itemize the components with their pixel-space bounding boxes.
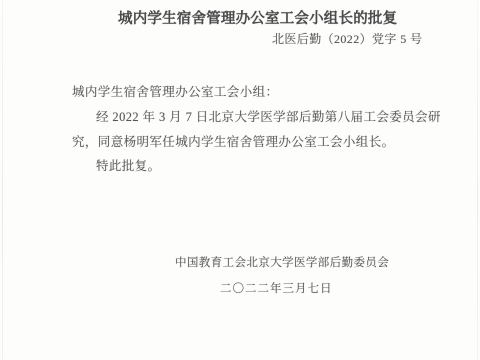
document-reference-number: 北医后勤（2022）党字 5 号: [272, 30, 422, 47]
scanned-document-page: 城内学生宿舍管理办公室工会小组长的批复 北医后勤（2022）党字 5 号 城内学…: [0, 0, 480, 360]
page-edge-right-line: [477, 0, 478, 360]
document-title: 城内学生宿舍管理办公室工会小组长的批复: [118, 7, 397, 28]
document-body-line: 究，同意杨明军任城内学生宿舍管理办公室工会小组长。: [72, 132, 395, 150]
document-salutation: 城内学生宿舍管理办公室工会小组：: [72, 82, 278, 100]
document-closing-line: 特此批复。: [96, 156, 161, 174]
document-date: 二〇二二年三月七日: [220, 280, 333, 296]
document-body-line: 经 2022 年 3 月 7 日北京大学医学部后勤第八届工会委员会研: [96, 107, 441, 125]
page-edge-left-line: [2, 0, 3, 360]
document-issuing-authority: 中国教育工会北京大学医学部后勤委员会: [175, 254, 389, 270]
